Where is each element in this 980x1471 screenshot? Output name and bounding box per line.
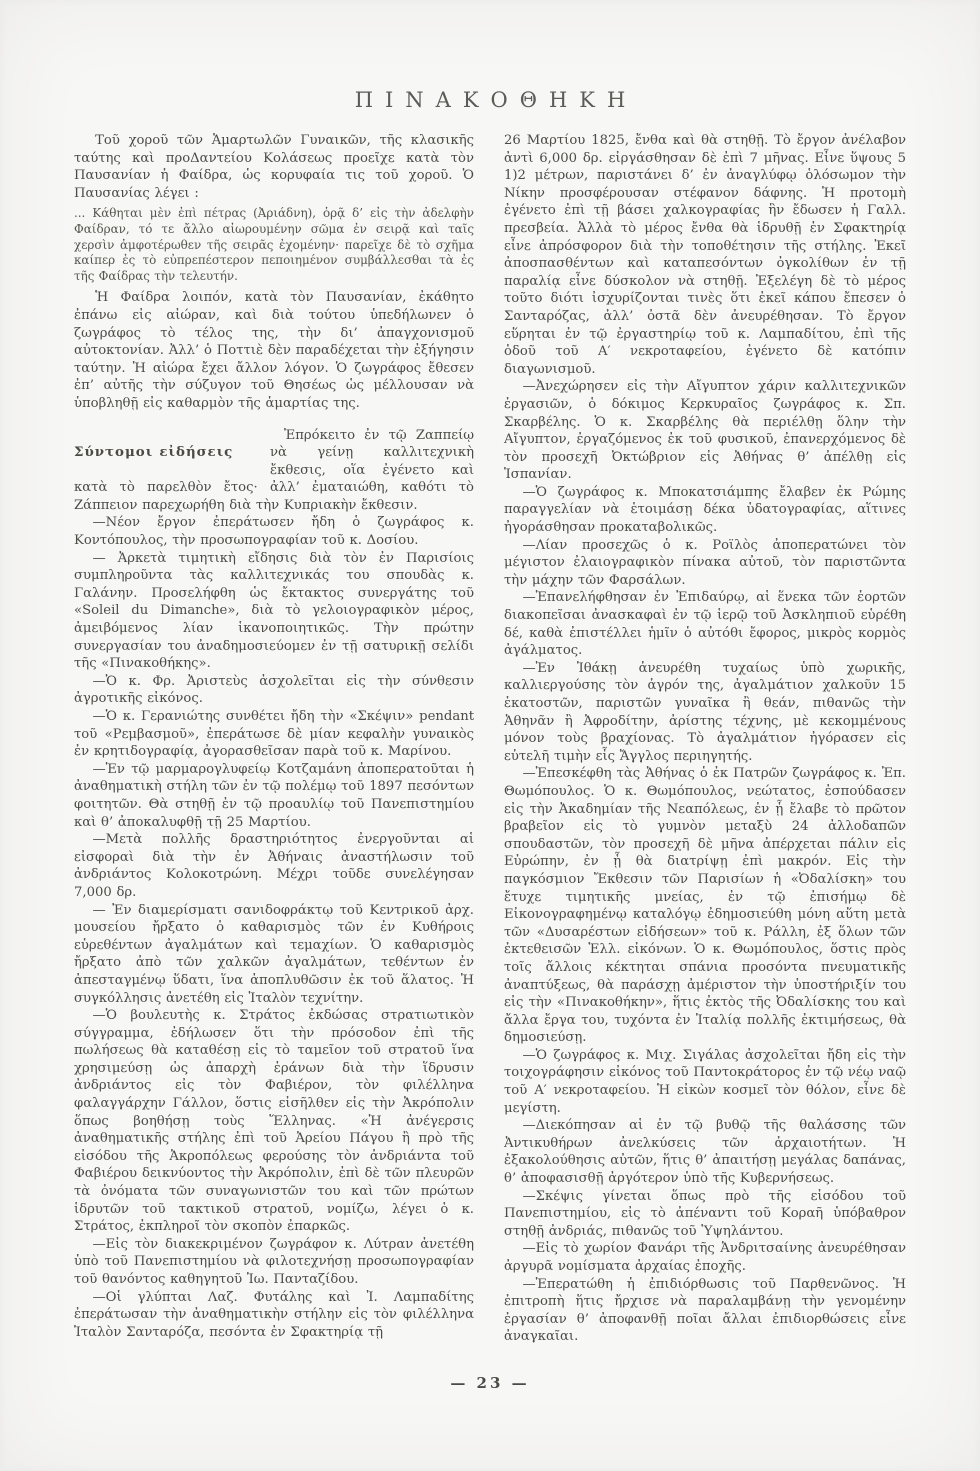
news-item: —Οἱ γλύπται Λαζ. Φυτάλης καὶ Ἰ. Λαμπαδίτ… <box>74 1289 474 1342</box>
news-item: —Εἰς τὸν διακεκριμένον ζωγράφον κ. Λύτρα… <box>74 1236 474 1289</box>
news-item: — Ἀρκετὰ τιμητικὴ εἴδησις διὰ τὸν ἐν Παρ… <box>74 550 474 673</box>
news-item: —Λίαν προσεχῶς ὁ κ. Ροϊλὸς ἀποπερατώνει … <box>504 537 906 590</box>
paragraph-continuation: 26 Μαρτίου 1825, ἔνθα καὶ θὰ στηθῇ. Τὸ ἔ… <box>504 132 906 378</box>
news-item: —Ἐπεσκέφθη τὰς Ἀθήνας ὁ ἐκ Πατρῶν ζωγράφ… <box>504 765 906 1047</box>
page-number: — 23 — <box>0 1374 980 1392</box>
news-item: —Διεκόπησαν αἱ ἐν τῷ βυθῷ τῆς θαλάσσης τ… <box>504 1117 906 1187</box>
right-column: 26 Μαρτίου 1825, ἔνθα καὶ θὰ στηθῇ. Τὸ ἔ… <box>504 132 906 1346</box>
paragraph-phaedra: Ἡ Φαίδρα λοιπόν, κατὰ τὸν Παυσανίαν, ἐκά… <box>74 289 474 412</box>
news-item: —Ὁ βουλευτὴς κ. Στράτος ἐκδώσας στρατιωτ… <box>74 1007 474 1236</box>
news-item: —Ὁ κ. Φρ. Ἀριστεὺς ἀσχολεῖται εἰς τὴν σύ… <box>74 673 474 708</box>
news-item: —Ἐπανελήφθησαν ἐν Ἐπιδαύρῳ, αἱ ἕνεκα τῶν… <box>504 589 906 659</box>
news-item: —Ἀνεχώρησεν εἰς τὴν Αἴγυπτον χάριν καλλι… <box>504 378 906 484</box>
news-item: —Ἐπερατώθη ἡ ἐπιδιόρθωσις τοῦ Παρθενῶνος… <box>504 1276 906 1346</box>
news-item: —Ἐν Ἰθάκῃ ἀνευρέθη τυχαίως ὑπὸ χωρικῆς, … <box>504 660 906 766</box>
left-column: Τοῦ χοροῦ τῶν Ἁμαρτωλῶν Γυναικῶν, τῆς κλ… <box>74 132 474 1346</box>
news-item: —Ὁ ζωγράφος κ. Μποκατσιάμπης ἔλαβεν ἐκ Ρ… <box>504 484 906 537</box>
news-section-label: Σύντομοι εἰδήσεις <box>74 427 270 479</box>
text-columns: Τοῦ χοροῦ τῶν Ἁμαρτωλῶν Γυναικῶν, τῆς κλ… <box>0 112 980 1346</box>
news-item: — Ἐν διαμερίσματι σανιδοφράκτῳ τοῦ Κεντρ… <box>74 902 474 1008</box>
news-item: —Νέον ἔργον ἐπεράτωσεν ἤδη ὁ ζωγράφος κ.… <box>74 514 474 549</box>
news-item: —Ὁ κ. Γερανιώτης συνθέτει ἤδη τὴν «Σκέψι… <box>74 708 474 761</box>
page-title: ΠΙΝΑΚΟΘΗΚΗ <box>0 0 980 112</box>
news-item: —Εἰς τὸ χωρίον Φανάρι τῆς Ἀνδριτσαίνης ἀ… <box>504 1240 906 1275</box>
news-item: —Σκέψις γίνεται ὅπως πρὸ τῆς εἰσόδου τοῦ… <box>504 1188 906 1241</box>
news-item: —Μετὰ πολλῆς δραστηριότητος ἐνεργοῦνται … <box>74 831 474 901</box>
news-intro-paragraph: Σύντομοι εἰδήσειςἘπρόκειτο ἐν τῷ Ζαππείῳ… <box>74 427 474 515</box>
scanned-magazine-page: ΠΙΝΑΚΟΘΗΚΗ Τοῦ χοροῦ τῶν Ἁμαρτωλῶν Γυναι… <box>0 0 980 1471</box>
paragraph-opening: Τοῦ χοροῦ τῶν Ἁμαρτωλῶν Γυναικῶν, τῆς κλ… <box>74 132 474 202</box>
news-item: —Ἐν τῷ μαρμαρογλυφείῳ Κοτζαμάνη ἀποπερατ… <box>74 761 474 831</box>
news-item: —Ὁ ζωγράφος κ. Μιχ. Σιγάλας ἀσχολεῖται ἤ… <box>504 1047 906 1117</box>
pausanias-quote: ... Κάθηται μὲν ἐπὶ πέτρας (Ἀριάδνη), ὁρ… <box>74 206 474 284</box>
